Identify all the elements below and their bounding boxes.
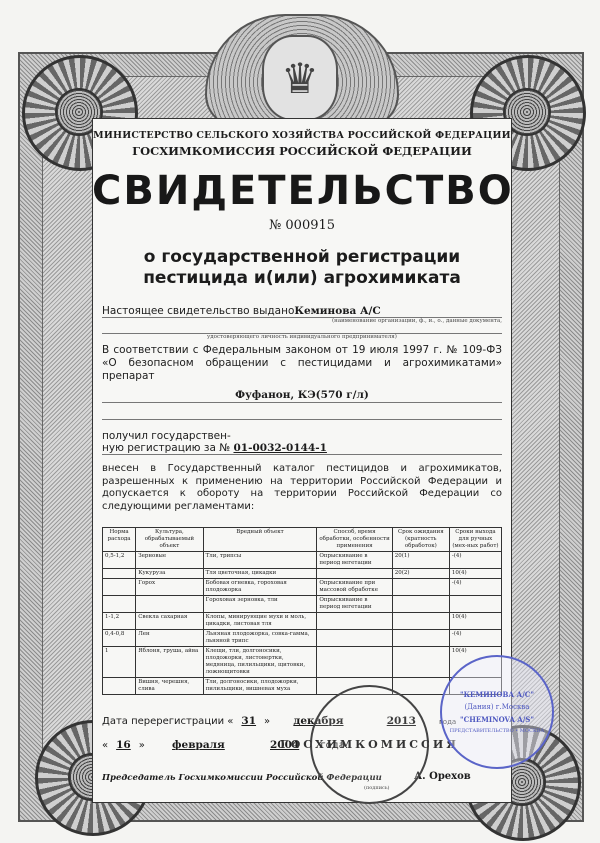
table-cell-crop [136,596,203,613]
table-cell-exit: -(4) [449,579,501,596]
table-cell-crop: Яблоня, груша, айва [136,647,203,678]
table-cell-crop: Кукуруза [136,569,203,579]
table-cell-crop: Лен [136,630,203,647]
table-cell-exit: 10(4) [449,569,501,579]
table-cell-exit: 10(4) [449,613,501,630]
rep-stamp-line-1: "КЕМИНОВА А/С" [460,690,534,699]
table-cell-wait [392,630,449,647]
document-title: СВИДЕТЕЛЬСТВО [92,168,512,214]
regulations-table: Норма расходаКультура, обрабатываемый об… [102,527,502,695]
table-cell-exit: -(4) [449,552,501,569]
table-cell-rate: 1 [103,647,136,678]
issued-section: Настоящее свидетельство выданоКеминова А… [102,305,502,340]
rereg-day: 31 [233,715,264,727]
table-cell-crop: Зерновые [136,552,203,569]
table-cell-pest: Клещи, тли, долгоносики, плодожорки, лис… [203,647,317,678]
regulations-table-wrap: Норма расходаКультура, обрабатываемый об… [102,527,502,695]
subtitle-line-1: о государственной регистрации [92,247,512,268]
table-header-cell: Вредный объект [203,528,317,552]
table-cell-crop: Горох [136,579,203,596]
table-row: Вишня, черешня, сливаТли, долгоносики, п… [103,678,502,695]
issued-to-value: Кеминова А/С [294,305,380,317]
rereg-label: Дата перерегистрации [102,716,224,727]
table-cell-wait: 20(2) [392,569,449,579]
blank-line-2 [102,413,502,420]
table-header-cell: Сроки выхода для ручных (мех-ных работ) [449,528,501,552]
table-cell-pest: Тли, долгоносики, плодожорки, пилильщики… [203,678,317,695]
coat-of-arms-icon: ♛ [262,35,338,121]
subtitle-line-2: пестицида и(или) агрохимиката [92,268,512,289]
table-cell-exit [449,596,501,613]
registration-section: получил государствен- ную регистрацию за… [102,430,502,455]
blank-line [102,324,502,334]
registration-line: ную регистрацию за № 01-0032-0144-1 [102,442,502,455]
table-row: 0,4-0,8ЛенЛьняная плодожорка, совка-гамм… [103,630,502,647]
registration-label-2: ную регистрацию за № [102,442,230,454]
signatory-name: А. Орехов [414,771,471,782]
table-row: 1-1,2Свекла сахарнаяКлопы, минирующие му… [103,613,502,630]
rep-stamp-ring: ПРЕДСТАВИТЕЛЬСТВО • МОСКВА [450,728,544,734]
table-cell-method [317,630,392,647]
table-cell-method [317,613,392,630]
table-row: 1Яблоня, груша, айваКлещи, тли, долгонос… [103,647,502,678]
issue-month: февраля [148,739,249,751]
rep-stamp-line-3: "CHEMINOVA A/S" [460,715,534,724]
issued-line: Настоящее свидетельство выданоКеминова А… [102,305,502,318]
table-cell-wait [392,613,449,630]
ministry-heading: МИНИСТЕРСТВО СЕЛЬСКОГО ХОЗЯЙСТВА РОССИЙС… [92,130,512,141]
rep-stamp-line-2: (Дания) г.Москва [465,703,530,711]
table-header-cell: Культура, обрабатываемый объект [136,528,203,552]
catalog-paragraph: внесен в Государственный каталог пестици… [102,463,502,513]
certificate-number: № 000915 [92,218,512,233]
table-cell-method: Опрыскивание в период вегетации [317,552,392,569]
table-row: Гороховая зерновка, тлиОпрыскивание в пе… [103,596,502,613]
issued-label: Настоящее свидетельство выдано [102,305,294,317]
table-cell-wait [392,596,449,613]
issued-hint-2: удостоверяющего личность индивидуального… [102,334,502,340]
table-cell-pest: Бобовая огневка, гороховая плодожорка [203,579,317,596]
table-cell-exit: -(4) [449,630,501,647]
official-seal-stamp: ГОСХИМКОМИССИЯ [310,685,429,804]
table-row: КукурузаТля цветочная, цикадки20(2)10(4) [103,569,502,579]
table-cell-rate [103,579,136,596]
table-cell-wait: 20(1) [392,552,449,569]
table-cell-method [317,569,392,579]
table-cell-crop: Свекла сахарная [136,613,203,630]
table-row: ГорохБобовая огневка, гороховая плодожор… [103,579,502,596]
issue-day: 16 [108,739,139,751]
table-cell-rate: 1-1,2 [103,613,136,630]
registration-label-1: получил государствен- [102,430,502,442]
commission-heading: ГОСХИМКОМИССИЯ РОССИЙСКОЙ ФЕДЕРАЦИИ [92,144,512,158]
table-cell-wait [392,579,449,596]
law-paragraph: В соответствии с Федеральным законом от … [102,344,502,383]
table-cell-wait [392,678,449,695]
table-cell-crop: Вишня, черешня, слива [136,678,203,695]
table-cell-rate [103,569,136,579]
table-header-cell: Норма расхода [103,528,136,552]
table-cell-method [317,647,392,678]
table-cell-pest: Гороховая зерновка, тли [203,596,317,613]
product-name: Фуфанон, КЭ(570 г/л) [235,389,369,401]
table-cell-method: Опрыскивание в период вегетации [317,596,392,613]
table-header-cell: Срок ожидания (кратность обработок) [392,528,449,552]
table-cell-method: Опрыскивание при массовой обработке [317,579,392,596]
registration-number: 01-0032-0144-1 [233,442,326,454]
table-cell-pest: Тли, трипсы [203,552,317,569]
table-header-cell: Способ, время обработки, особенности при… [317,528,392,552]
official-seal-text: ГОСХИМКОМИССИЯ [280,738,459,751]
product-line: Фуфанон, КЭ(570 г/л) [102,383,502,403]
table-row: 0,5-1,2ЗерновыеТли, трипсыОпрыскивание в… [103,552,502,569]
table-cell-pest: Тля цветочная, цикадки [203,569,317,579]
table-cell-rate [103,596,136,613]
table-cell-pest: Клопы, минирующие мухи и моль, цикадки, … [203,613,317,630]
representative-stamp: "КЕМИНОВА А/С" (Дания) г.Москва "CHEMINO… [440,655,554,769]
table-cell-rate: 0,4-0,8 [103,630,136,647]
table-cell-rate: 0,5-1,2 [103,552,136,569]
number-value: 000915 [285,218,335,233]
table-header-row: Норма расходаКультура, обрабатываемый об… [103,528,502,552]
table-cell-wait [392,647,449,678]
number-label: № [269,218,281,233]
table-cell-pest: Льняная плодожорка, совка-гамма, льняной… [203,630,317,647]
signature-line: Председатель Госхимкомиссии Российской Ф… [102,773,502,783]
document-subtitle: о государственной регистрации пестицида … [92,247,512,289]
table-cell-rate [103,678,136,695]
